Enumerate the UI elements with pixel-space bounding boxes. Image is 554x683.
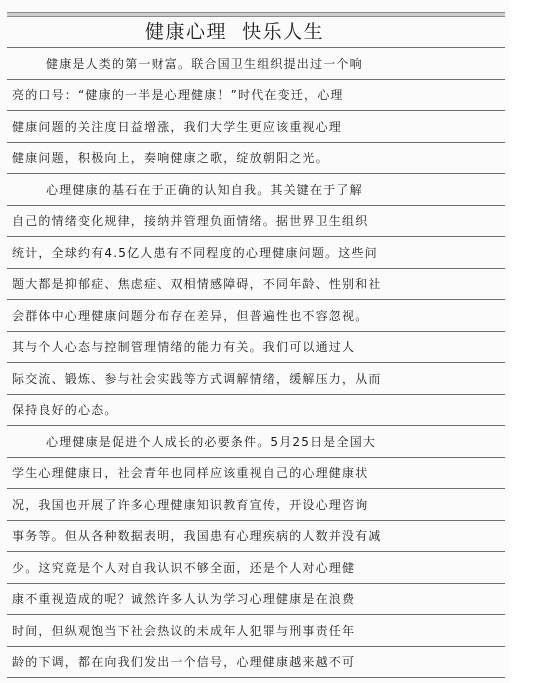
ruled-line (7, 520, 505, 521)
essay-title: 健康心理 快乐人生 (145, 18, 324, 46)
paragraph-1-line-4: 健康问题，积极向上，奏响健康之歌，绽放朝阳之光。 (12, 144, 508, 172)
ruled-line (7, 677, 505, 678)
paragraph-3-line-8: 龄的下调，都在向我们发出一个信号，心理健康越来越不可 (12, 648, 508, 676)
paragraph-1-line-1: 健康是人类的第一财富。联合国卫生组织提出过一个响 (46, 50, 542, 78)
ruled-line (7, 173, 505, 174)
ruled-line (7, 331, 505, 332)
paragraph-2-line-4: 题大都是抑郁症、焦虑症、双相情感障碍，不同年龄、性别和社 (12, 270, 508, 298)
header-double-rule (7, 12, 505, 17)
ruled-line (7, 362, 505, 363)
paragraph-3-line-7: 时间，但纵观饱当下社会热议的未成年人犯罪与刑事责任年 (12, 617, 508, 645)
ruled-line (7, 142, 505, 143)
paragraph-3-line-2: 学生心理健康日，社会青年也同样应该重视自己的心理健康状 (12, 459, 508, 487)
ruled-line (7, 236, 505, 237)
ruled-line (7, 79, 505, 80)
paragraph-3-line-1: 心理健康是促进个人成长的必要条件。5月25日是全国大 (46, 428, 542, 456)
ruled-line (7, 425, 505, 426)
paragraph-1-line-2: 亮的口号：“健康的一半是心理健康！”时代在变迁，心理 (12, 81, 508, 109)
ruled-line (7, 299, 505, 300)
paragraph-3-line-6: 康不重视造成的呢？诚然许多人认为学习心理健康是在浪费 (12, 585, 508, 613)
paragraph-2-line-5: 会群体中心理健康问题分布存在差异，但普遍性也不容忽视。 (12, 302, 508, 330)
ruled-line (7, 394, 505, 395)
ruled-line (7, 646, 505, 647)
paragraph-2-line-1: 心理健康的基石在于正确的认知自我。其关键在于了解 (46, 176, 542, 204)
paragraph-2-line-8: 保持良好的心态。 (12, 396, 508, 424)
ruled-line (7, 457, 505, 458)
paragraph-2-line-2: 自己的情绪变化规律，接纳并管理负面情绪。据世界卫生组织 (12, 207, 508, 235)
ruled-line (7, 205, 505, 206)
ruled-line (7, 583, 505, 584)
paragraph-2-line-6: 其与个人心态与控制管理情绪的能力有关。我们可以通过人 (12, 333, 508, 361)
lined-paper: 健康心理 快乐人生 健康是人类的第一财富。联合国卫生组织提出过一个响 亮的口号：… (0, 0, 510, 683)
paragraph-3-line-5: 少。这究竟是个人对自我认识不够全面，还是个人对心理健 (12, 554, 508, 582)
paragraph-2-line-7: 际交流、锻炼、参与社会实践等方式调解情绪，缓解压力，从而 (12, 365, 508, 393)
ruled-line (7, 110, 505, 111)
paragraph-3-line-4: 事务等。但从各种数据表明，我国患有心理疾病的人数并没有减 (12, 522, 508, 550)
paragraph-1-line-3: 健康问题的关注度日益增涨，我们大学生更应该重视心理 (12, 113, 508, 141)
ruled-line (7, 614, 505, 615)
paragraph-3-line-3: 况，我国也开展了许多心理健康知识教育宣传，开设心理咨询 (12, 491, 508, 519)
ruled-line (7, 551, 505, 552)
ruled-line (7, 47, 505, 48)
paragraph-2-line-3: 统计，全球约有4.5亿人患有不同程度的心理健康问题。这些问 (12, 239, 508, 267)
ruled-line (7, 268, 505, 269)
ruled-line (7, 488, 505, 489)
